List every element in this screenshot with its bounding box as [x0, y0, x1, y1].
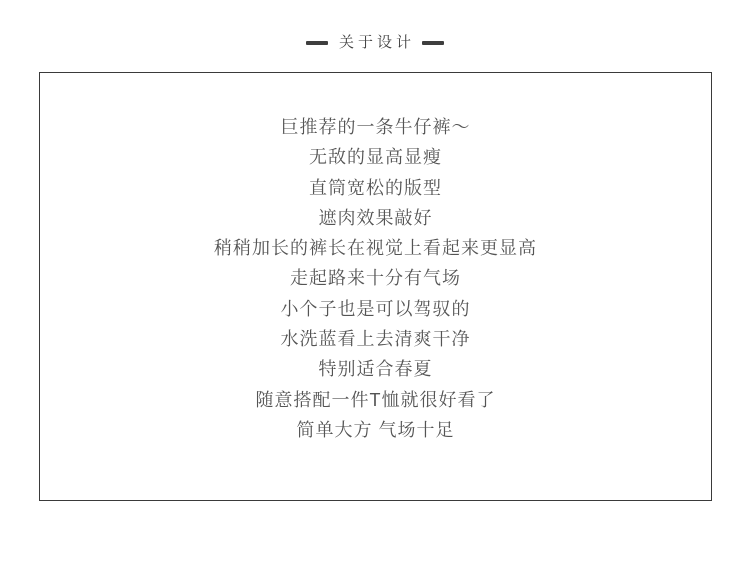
section-header: 关于设计	[0, 35, 750, 51]
description-line: 随意搭配一件T恤就很好看了	[40, 385, 711, 415]
description-box: 巨推荐的一条牛仔裤～无敌的显高显瘦直筒宽松的版型遮肉效果敲好稍稍加长的裤长在视觉…	[39, 72, 712, 501]
description-line: 无敌的显高显瘦	[40, 142, 711, 172]
description-line: 走起路来十分有气场	[40, 263, 711, 293]
description-line: 遮肉效果敲好	[40, 203, 711, 233]
description-line: 稍稍加长的裤长在视觉上看起来更显高	[40, 233, 711, 263]
title-dash-left-icon	[306, 41, 328, 45]
description-line: 小个子也是可以驾驭的	[40, 294, 711, 324]
description-line: 简单大方 气场十足	[40, 415, 711, 445]
description-lines: 巨推荐的一条牛仔裤～无敌的显高显瘦直筒宽松的版型遮肉效果敲好稍稍加长的裤长在视觉…	[40, 112, 711, 445]
description-line: 特别适合春夏	[40, 354, 711, 384]
description-line: 水洗蓝看上去清爽干净	[40, 324, 711, 354]
description-line: 巨推荐的一条牛仔裤～	[40, 112, 711, 142]
page-title: 关于设计	[339, 35, 415, 51]
description-line: 直筒宽松的版型	[40, 173, 711, 203]
title-dash-right-icon	[422, 41, 444, 45]
